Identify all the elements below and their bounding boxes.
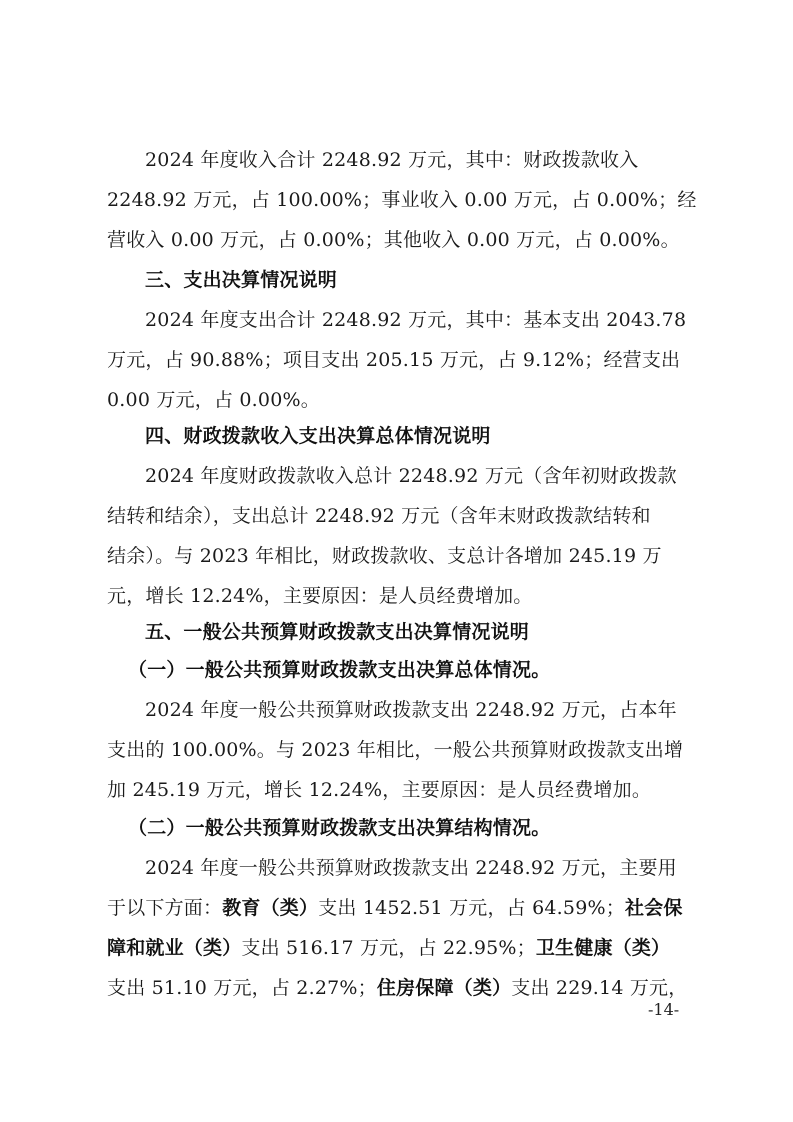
subsection-heading-structure: （二）一般公共预算财政拨款支出决算结构情况。 [128,816,708,840]
body-text-line: 结转和结余），支出总计 2248.92 万元（含年末财政拨款结转和 [107,504,687,528]
body-text-line: 万元，占 90.88%；项目支出 205.15 万元，占 9.12%；经营支出 [107,348,687,372]
body-text-line: 支出 51.10 万元，占 2.27%；住房保障（类）支出 229.14 万元， [107,976,687,1000]
category-education: 教育（类） [222,897,318,919]
category-social-security: 社会保 [625,897,683,919]
body-text-line: 元，增长 12.24%，主要原因：是人员经费增加。 [107,584,687,608]
body-text-line: 于以下方面：教育（类）支出 1452.51 万元，占 64.59%；社会保 [107,896,687,920]
section-heading-fiscal-appropriation: 四、财政拨款收入支出决算总体情况说明 [145,424,725,448]
subsection-heading-overall: （一）一般公共预算财政拨款支出决算总体情况。 [128,658,708,682]
text-segment: 支出 229.14 万元， [511,977,687,999]
text-segment: 支出 516.17 万元，占 22.95%； [241,937,535,959]
body-text-line: 营收入 0.00 万元，占 0.00%；其他收入 0.00 万元，占 0.00%… [107,228,687,252]
section-heading-general-budget: 五、一般公共预算财政拨款支出决算情况说明 [145,620,725,644]
category-social-security-cont: 障和就业（类） [107,937,241,959]
document-page: 2024 年度收入合计 2248.92 万元，其中：财政拨款收入 2248.92… [0,0,793,1122]
text-segment: 支出 1452.51 万元，占 64.59%； [318,897,625,919]
body-text-line: 2024 年度收入合计 2248.92 万元，其中：财政拨款收入 [145,148,725,172]
body-text-line: 2024 年度财政拨款收入总计 2248.92 万元（含年初财政拨款 [145,464,725,488]
category-health: 卫生健康（类） [536,937,670,959]
body-text-line: 2248.92 万元，占 100.00%；事业收入 0.00 万元，占 0.00… [107,188,687,212]
body-text-line: 障和就业（类）支出 516.17 万元，占 22.95%；卫生健康（类） [107,936,687,960]
text-segment: 支出 51.10 万元，占 2.27%； [107,977,377,999]
category-housing: 住房保障（类） [377,977,511,999]
body-text-line: 0.00 万元，占 0.00%。 [107,388,687,412]
body-text-line: 2024 年度支出合计 2248.92 万元，其中：基本支出 2043.78 [145,308,725,332]
body-text-line: 2024 年度一般公共预算财政拨款支出 2248.92 万元，占本年 [145,698,725,722]
body-text-line: 支出的 100.00%。与 2023 年相比，一般公共预算财政拨款支出增 [107,738,687,762]
section-heading-expenditure: 三、支出决算情况说明 [145,268,725,292]
body-text-line: 加 245.19 万元，增长 12.24%，主要原因：是人员经费增加。 [107,778,687,802]
body-text-line: 结余）。与 2023 年相比，财政拨款收、支总计各增加 245.19 万 [107,544,687,568]
text-segment: 于以下方面： [107,897,222,919]
page-number: -14- [648,1000,679,1019]
body-text-line: 2024 年度一般公共预算财政拨款支出 2248.92 万元，主要用 [145,856,725,880]
